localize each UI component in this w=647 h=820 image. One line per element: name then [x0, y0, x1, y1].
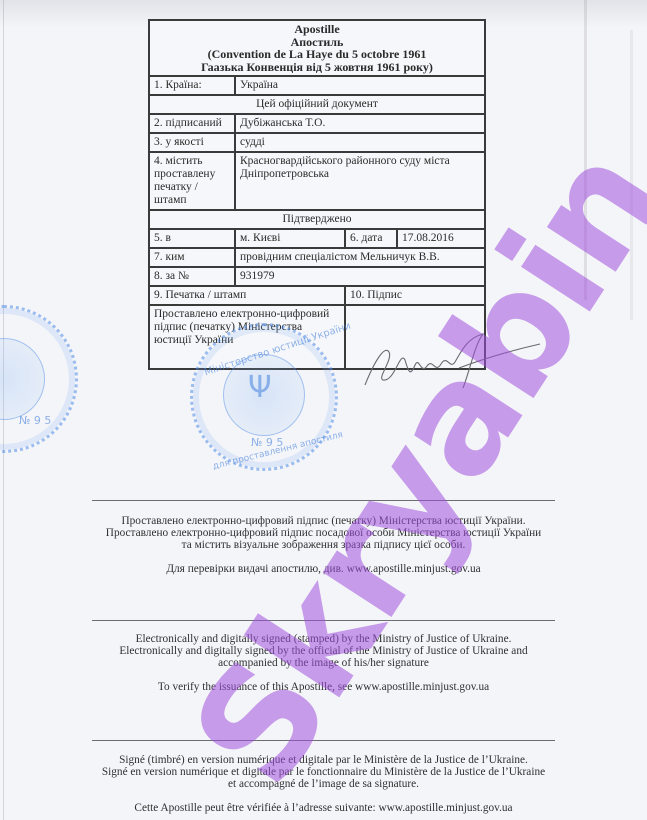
place-label: 5. в: [149, 229, 235, 248]
footer-fr: Signé (timbré) en version numérique et d…: [92, 754, 555, 814]
convention-fr: (Convention de La Haye du 5 octobre 1961: [154, 48, 480, 61]
place-value: м. Києві: [235, 229, 345, 248]
row-stamp-signature-labels: 9. Печатка / штамп 10. Підпис: [149, 286, 485, 305]
footer-ua-line2: Проставлено електронно-цифровий підпис п…: [92, 527, 555, 539]
row-country: 1. Країна: Україна: [149, 76, 485, 95]
stamp-partial-left: № 9 5: [0, 305, 78, 453]
footer-en-line3: accompanied by the image of his/her sign…: [92, 657, 555, 669]
row-seal: 4. містить проставлену печатку / штамп К…: [149, 152, 485, 210]
footer-fr-line3: et accompagné de l’image de sa signature…: [92, 778, 555, 790]
footer-fr-line2: Signé en version numérique et digitale p…: [92, 766, 555, 778]
seal-label: 4. містить проставлену печатку / штамп: [149, 152, 235, 210]
row-capacity: 3. у якості судді: [149, 133, 485, 152]
footer-ua: Проставлено електронно-цифровий підпис (…: [92, 515, 555, 575]
signed-label: 2. підписаний: [149, 114, 235, 133]
ministry-stamp: Ψ Міністерство юстиції України № 9 5 для…: [190, 323, 338, 471]
section-document: Цей офіційний документ: [149, 95, 485, 114]
by-value: провідним спеціалістом Мельничук В.В.: [235, 248, 485, 267]
title-en: Apostille: [154, 23, 480, 36]
apostille-header: Apostille Апостиль (Convention de La Hay…: [149, 20, 485, 76]
section-certified: Підтверджено: [149, 210, 485, 229]
row-by: 7. ким провідним спеціалістом Мельничук …: [149, 248, 485, 267]
signature-label: 10. Підпис: [345, 286, 485, 305]
stamp-inner-ring: [0, 338, 45, 420]
convention-ua: Гаазька Конвенція від 5 жовтня 1961 року…: [154, 61, 480, 74]
date-label: 6. дата: [345, 229, 397, 248]
footer-en-verify: To verify the issuance of this Apostille…: [92, 681, 555, 693]
apostille-table: Apostille Апостиль (Convention de La Hay…: [148, 19, 486, 370]
footer-en: Electronically and digitally signed (sta…: [92, 633, 555, 693]
number-label: 8. за №: [149, 267, 235, 286]
footer-ua-line3: та містить візуальне зображення зразка п…: [92, 539, 555, 551]
footer-fr-verify: Cette Apostille peut être vérifiée à l’a…: [92, 802, 555, 814]
scan-streak: [630, 30, 633, 320]
footer-en-line1: Electronically and digitally signed (sta…: [92, 633, 555, 645]
row-signed: 2. підписаний Дубіжанська Т.О.: [149, 114, 485, 133]
footer-ua-verify: Для перевірки видачі апостилю, див. www.…: [92, 563, 555, 575]
seal-value: Красногвардійського районного суду міста…: [235, 152, 485, 210]
row-number: 8. за № 931979: [149, 267, 485, 286]
footer-en-line2: Electronically and digitally signed by t…: [92, 645, 555, 657]
date-value: 17.08.2016: [397, 229, 485, 248]
stamp-label: 9. Печатка / штамп: [149, 286, 345, 305]
stamp-number: № 9 5: [19, 414, 51, 427]
by-label: 7. ким: [149, 248, 235, 267]
handwritten-signature: [355, 330, 545, 400]
row-place-date: 5. в м. Києві 6. дата 17.08.2016: [149, 229, 485, 248]
divider-ua: [92, 500, 555, 501]
footer-fr-line1: Signé (timbré) en version numérique et d…: [92, 754, 555, 766]
signed-value: Дубіжанська Т.О.: [235, 114, 485, 133]
footer-ua-line1: Проставлено електронно-цифровий підпис (…: [92, 515, 555, 527]
number-value: 931979: [235, 267, 485, 286]
scan-streak: [584, 0, 587, 300]
coat-of-arms-icon: Ψ: [248, 370, 272, 405]
divider-fr: [92, 740, 555, 741]
divider-en: [92, 620, 555, 621]
country-label: 1. Країна:: [149, 76, 235, 95]
capacity-label: 3. у якості: [149, 133, 235, 152]
country-value: Україна: [235, 76, 485, 95]
capacity-value: судді: [235, 133, 485, 152]
